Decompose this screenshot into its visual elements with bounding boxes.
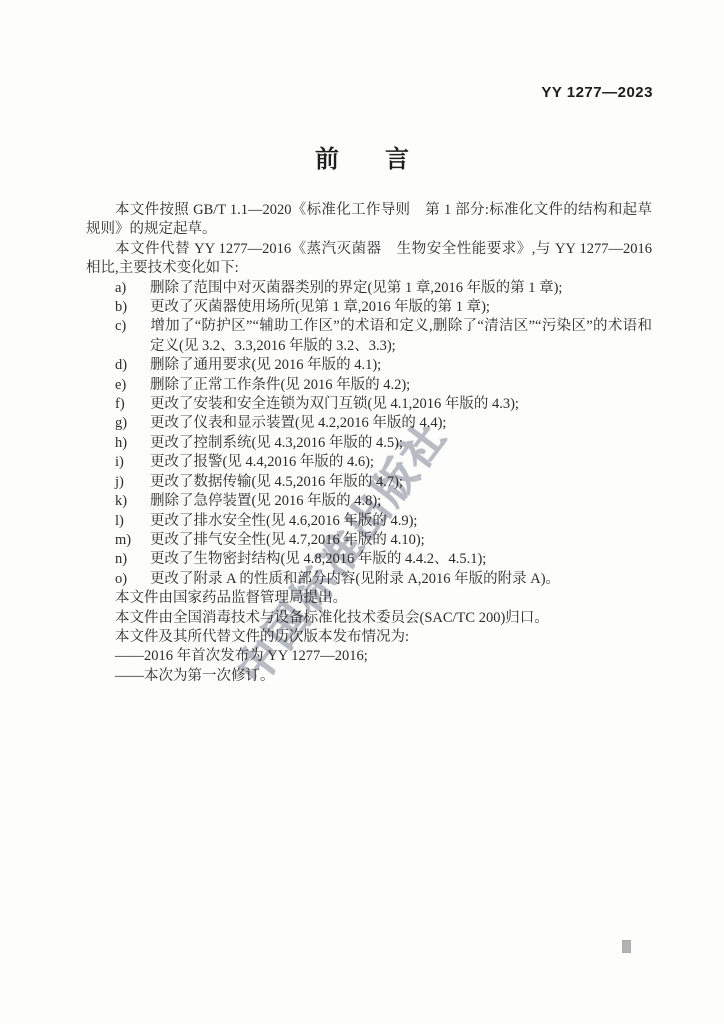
change-item-label: f) — [115, 395, 150, 414]
change-item-m: m)更改了排气安全性(见 4.7,2016 年版的 4.10); — [115, 531, 652, 550]
change-item-o: o)更改了附录 A 的性质和部分内容(见附录 A,2016 年版的附录 A)。 — [115, 570, 652, 589]
change-item-i: i)更改了报警(见 4.4,2016 年版的 4.6); — [115, 453, 652, 472]
change-item-label: j) — [115, 473, 150, 492]
change-item-label: k) — [115, 492, 150, 511]
history-item-revision: ——本次为第一次修订。 — [86, 667, 652, 686]
closing-paragraph-committee: 本文件由全国消毒技术与设备标准化技术委员会(SAC/TC 200)归口。 — [86, 609, 652, 628]
change-item-k: k)删除了急停装置(见 2016 年版的 4.8); — [115, 492, 652, 511]
change-item-label: e) — [115, 376, 150, 395]
change-item-text: 更改了附录 A 的性质和部分内容(见附录 A,2016 年版的附录 A)。 — [150, 571, 560, 587]
change-item-h: h)更改了控制系统(见 4.3,2016 年版的 4.5); — [115, 434, 652, 453]
change-item-d: d)删除了通用要求(见 2016 年版的 4.1); — [115, 356, 652, 375]
change-item-n: n)更改了生物密封结构(见 4.8,2016 年版的 4.4.2、4.5.1); — [115, 550, 652, 569]
change-item-label: h) — [115, 434, 150, 453]
change-item-label: n) — [115, 550, 150, 569]
change-item-label: m) — [115, 531, 150, 550]
closing-paragraph-history-intro: 本文件及其所代替文件的历次版本发布情况为: — [86, 628, 652, 647]
change-item-label: l) — [115, 512, 150, 531]
changes-list: a)删除了范围中对灭菌器类别的界定(见第 1 章,2016 年版的第 1 章);… — [86, 279, 652, 590]
intro-paragraph: 本文件代替 YY 1277—2016《蒸汽灭菌器 生物安全性能要求》,与 YY … — [86, 240, 652, 279]
history-item-first-issue: ——2016 年首次发布为 YY 1277—2016; — [86, 647, 652, 666]
change-item-text: 删除了通用要求(见 2016 年版的 4.1); — [150, 357, 381, 373]
standard-code: YY 1277—2023 — [541, 84, 653, 101]
change-item-label: a) — [115, 279, 150, 298]
change-item-b: b)更改了灭菌器使用场所(见第 1 章,2016 年版的第 1 章); — [115, 298, 652, 317]
change-item-text: 更改了灭菌器使用场所(见第 1 章,2016 年版的第 1 章); — [150, 299, 490, 315]
change-item-e: e)删除了正常工作条件(见 2016 年版的 4.2); — [115, 376, 652, 395]
closing-paragraph-issuer: 本文件由国家药品监督管理局提出。 — [86, 589, 652, 608]
change-item-a: a)删除了范围中对灭菌器类别的界定(见第 1 章,2016 年版的第 1 章); — [115, 279, 652, 298]
change-item-l: l)更改了排水安全性(见 4.6,2016 年版的 4.9); — [115, 512, 652, 531]
change-item-label: g) — [115, 414, 150, 433]
change-item-text: 更改了生物密封结构(见 4.8,2016 年版的 4.4.2、4.5.1); — [150, 551, 486, 567]
change-item-f: f)更改了安装和安全连锁为双门互锁(见 4.1,2016 年版的 4.3); — [115, 395, 652, 414]
change-item-c: c)增加了“防护区”“辅助工作区”的术语和定义,删除了“清洁区”“污染区”的术语… — [115, 317, 652, 356]
change-item-text: 删除了急停装置(见 2016 年版的 4.8); — [150, 493, 381, 509]
change-item-label: c) — [115, 317, 150, 336]
change-item-g: g)更改了仪表和显示装置(见 4.2,2016 年版的 4.4); — [115, 414, 652, 433]
page-number-mark — [622, 940, 631, 953]
change-item-text: 更改了数据传输(见 4.5,2016 年版的 4.7); — [150, 474, 403, 490]
change-item-label: o) — [115, 570, 150, 589]
change-item-label: d) — [115, 356, 150, 375]
foreword-content: 本文件按照 GB/T 1.1—2020《标准化工作导则 第 1 部分:标准化文件… — [86, 201, 652, 686]
change-item-label: i) — [115, 453, 150, 472]
change-item-label: b) — [115, 298, 150, 317]
change-item-text: 更改了安装和安全连锁为双门互锁(见 4.1,2016 年版的 4.3); — [150, 396, 519, 412]
change-item-text: 更改了排气安全性(见 4.7,2016 年版的 4.10); — [150, 532, 425, 548]
change-item-text: 删除了正常工作条件(见 2016 年版的 4.2); — [150, 377, 410, 393]
change-item-text: 更改了仪表和显示装置(见 4.2,2016 年版的 4.4); — [150, 415, 446, 431]
change-item-j: j)更改了数据传输(见 4.5,2016 年版的 4.7); — [115, 473, 652, 492]
document-page: 中国标准出版社 YY 1277—2023 前言 本文件按照 GB/T 1.1—2… — [0, 0, 724, 1024]
change-item-text: 增加了“防护区”“辅助工作区”的术语和定义,删除了“清洁区”“污染区”的术语和定… — [150, 318, 652, 353]
change-item-text: 更改了排水安全性(见 4.6,2016 年版的 4.9); — [150, 513, 417, 529]
intro-paragraph: 本文件按照 GB/T 1.1—2020《标准化工作导则 第 1 部分:标准化文件… — [86, 201, 652, 240]
change-item-text: 更改了报警(见 4.4,2016 年版的 4.6); — [150, 454, 374, 470]
change-item-text: 更改了控制系统(见 4.3,2016 年版的 4.5); — [150, 435, 403, 451]
page-title: 前言 — [0, 139, 724, 174]
change-item-text: 删除了范围中对灭菌器类别的界定(见第 1 章,2016 年版的第 1 章); — [150, 280, 562, 296]
